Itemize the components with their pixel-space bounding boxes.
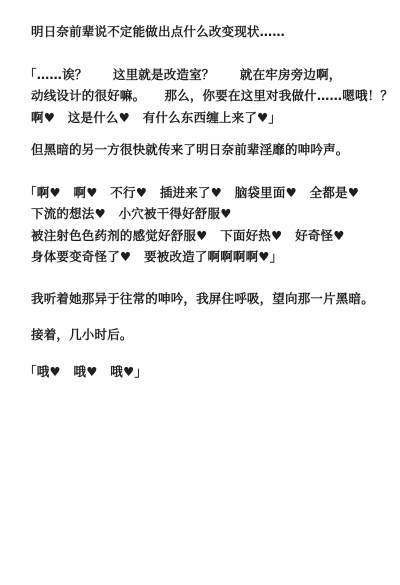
paragraph-narration-4: 接着，几小时后。 (31, 324, 396, 346)
paragraph-dialogue-1: 「……诶？ 这里就是改造室？ 就在牢房旁边啊， 动线设计的很好嘛。 那么，你要在… (31, 64, 396, 129)
text-line: 但黑暗的另一方很快就传来了明日奈前辈淫靡的呻吟声。 (31, 139, 396, 161)
text-line: 「啊♥ 啊♥ 不行♥ 插进来了♥ 脑袋里面♥ 全都是♥ (24, 182, 396, 204)
paragraph-narration-2: 但黑暗的另一方很快就传来了明日奈前辈淫靡的呻吟声。 (31, 139, 396, 161)
text-line: 下流的想法♥ 小穴被干得好舒服♥ (31, 203, 396, 225)
paragraph-narration-1: 明日奈前辈说不定能做出点什么改变现状…… (31, 21, 396, 43)
text-line: 被注射色色药剂的感觉好舒服♥ 下面好热♥ 好奇怪♥ (31, 225, 396, 247)
text-line: 动线设计的很好嘛。 那么，你要在这里对我做什……嗯哦！？ (31, 85, 396, 107)
text-line: 啊♥ 这是什么♥ 有什么东西缠上来了♥」 (31, 107, 396, 129)
text-line: 接着，几小时后。 (31, 324, 396, 346)
text-line: 明日奈前辈说不定能做出点什么改变现状…… (31, 21, 396, 43)
text-line: 我听着她那异于往常的呻吟，我屏住呼吸，望向那一片黑暗。 (31, 288, 396, 310)
text-line: 「……诶？ 这里就是改造室？ 就在牢房旁边啊， (24, 64, 396, 86)
paragraph-dialogue-3: 「哦♥ 哦♥ 哦♥」 (31, 361, 396, 383)
text-line: 「哦♥ 哦♥ 哦♥」 (24, 361, 396, 383)
paragraph-dialogue-2: 「啊♥ 啊♥ 不行♥ 插进来了♥ 脑袋里面♥ 全都是♥ 下流的想法♥ 小穴被干得… (31, 182, 396, 268)
text-line: 身体要变奇怪了♥ 要被改造了啊啊啊啊♥」 (31, 246, 396, 268)
paragraph-narration-3: 我听着她那异于往常的呻吟，我屏住呼吸，望向那一片黑暗。 (31, 288, 396, 310)
text-page: 明日奈前辈说不定能做出点什么改变现状…… 「……诶？ 这里就是改造室？ 就在牢房… (0, 0, 400, 585)
